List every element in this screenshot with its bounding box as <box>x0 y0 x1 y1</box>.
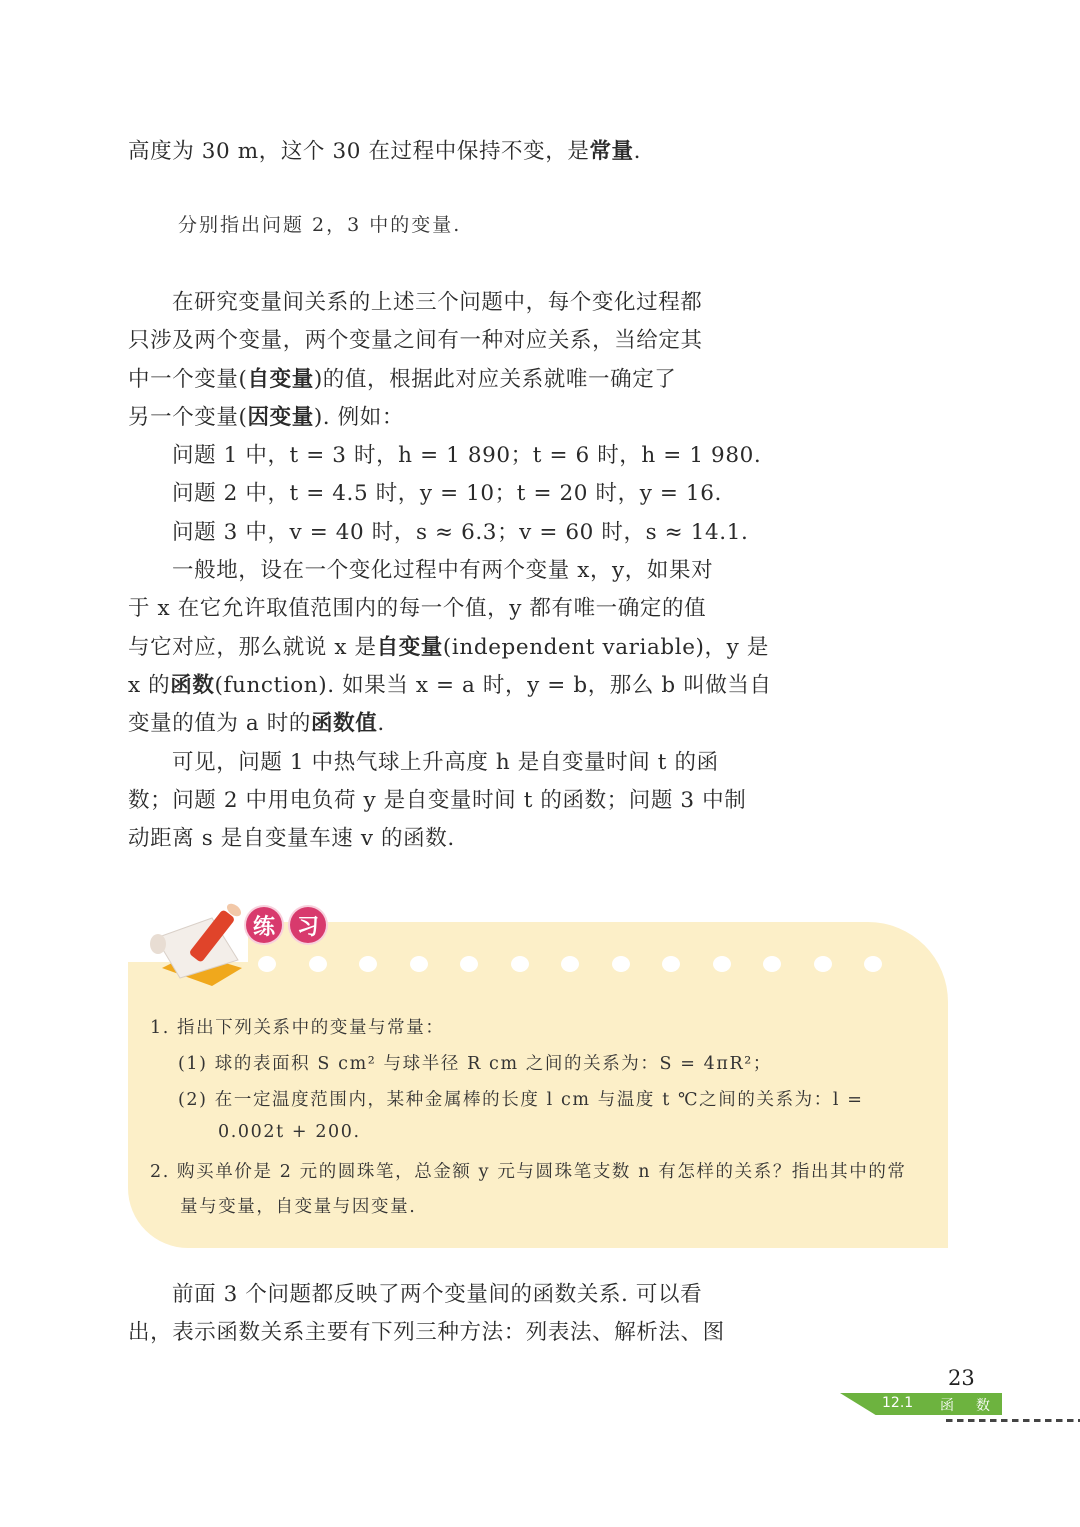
text: x 的 <box>128 673 170 698</box>
para1-line4: 另一个变量(因变量). 例如： <box>128 399 728 437</box>
closing-line2: 出，表示函数关系主要有下列三种方法：列表法、解析法、图 <box>128 1314 728 1352</box>
section-number: 12.1 <box>882 1395 913 1411</box>
closing-line1: 前面 3 个问题都反映了两个变量间的函数关系. 可以看 <box>128 1276 728 1314</box>
dot <box>713 956 731 972</box>
text: )的值，根据此对应关系就唯一确定了 <box>314 367 677 392</box>
section-title-2: 数 <box>976 1395 990 1415</box>
text: 另一个变量( <box>128 405 248 430</box>
text: ). 例如： <box>314 405 404 430</box>
dot <box>359 956 377 972</box>
practice-badge-2: 习 <box>290 907 326 943</box>
footer-dashed-line <box>946 1419 1080 1422</box>
term-function: 函数 <box>170 673 214 698</box>
dot <box>258 956 276 972</box>
exercise-1: 1. 指出下列关系中的变量与常量： <box>150 1014 444 1039</box>
conclusion-line1: 可见，问题 1 中热气球上升高度 h 是自变量时间 t 的函 <box>128 744 728 782</box>
text: . <box>634 139 641 164</box>
dot <box>864 956 882 972</box>
dot <box>561 956 579 972</box>
para1-line2: 只涉及两个变量，两个变量之间有一种对应关系，当给定其 <box>128 322 728 360</box>
example-3: 问题 3 中，v = 40 时，s ≈ 6.3；v = 60 时，s ≈ 14.… <box>128 514 728 552</box>
practice-title: 练 习 <box>246 907 326 943</box>
text: (function). 如果当 x = a 时，y = b，那么 b 叫做当自 <box>214 673 771 698</box>
text: . <box>377 711 384 736</box>
dot <box>612 956 630 972</box>
conclusion-line2: 数；问题 2 中用电负荷 y 是自变量时间 t 的函数；问题 3 中制 <box>128 782 728 820</box>
exercise-1-2-cont: 0.002t + 200. <box>218 1122 361 1142</box>
definition-line5: 变量的值为 a 时的函数值. <box>128 705 728 743</box>
dot <box>309 956 327 972</box>
text: 中一个变量( <box>128 367 248 392</box>
para1-line3: 中一个变量(自变量)的值，根据此对应关系就唯一确定了 <box>128 361 728 399</box>
think-prompt: 分别指出问题 2，3 中的变量. <box>178 210 461 237</box>
term-constant: 常量 <box>589 139 633 164</box>
exercise-1-1: (1) 球的表面积 S cm² 与球半径 R cm 之间的关系为：S = 4πR… <box>178 1050 772 1075</box>
closing-paragraph: 前面 3 个问题都反映了两个变量间的函数关系. 可以看 出，表示函数关系主要有下… <box>128 1276 728 1353</box>
definition-line2: 于 x 在它允许取值范围内的每一个值，y 都有唯一确定的值 <box>128 590 728 628</box>
page-number: 23 <box>948 1366 975 1390</box>
example-1: 问题 1 中，t = 3 时，h = 1 890；t = 6 时，h = 1 9… <box>128 437 728 475</box>
definition-line3: 与它对应，那么就说 x 是自变量(independent variable)，y… <box>128 629 728 667</box>
section-tab: 12.1 函 数 <box>840 1393 1002 1415</box>
term-function-value: 函数值 <box>311 711 377 736</box>
text: 变量的值为 a 时的 <box>128 711 311 736</box>
definition-line4: x 的函数(function). 如果当 x = a 时，y = b，那么 b … <box>128 667 728 705</box>
definition-line1: 一般地，设在一个变化过程中有两个变量 x，y，如果对 <box>128 552 728 590</box>
dot <box>460 956 478 972</box>
exercise-2: 2. 购买单价是 2 元的圆珠笔，总金额 y 元与圆珠笔支数 n 有怎样的关系？… <box>150 1158 907 1183</box>
text: (independent variable)，y 是 <box>443 635 769 660</box>
example-2: 问题 2 中，t = 4.5 时，y = 10；t = 20 时，y = 16. <box>128 475 728 513</box>
conclusion-line3: 动距离 s 是自变量车速 v 的函数. <box>128 820 728 858</box>
text: 高度为 30 m，这个 30 在过程中保持不变，是 <box>128 139 589 164</box>
main-body: 在研究变量间关系的上述三个问题中，每个变化过程都 只涉及两个变量，两个变量之间有… <box>128 284 728 858</box>
term-independent-variable: 自变量 <box>377 635 443 660</box>
exercise-2-cont: 量与变量，自变量与因变量. <box>180 1193 416 1218</box>
dot <box>662 956 680 972</box>
exercise-1-2: (2) 在一定温度范围内，某种金属棒的长度 l cm 与温度 t ℃之间的关系为… <box>178 1086 864 1111</box>
decorative-dots <box>258 956 882 972</box>
top-paragraph: 高度为 30 m，这个 30 在过程中保持不变，是常量. <box>128 133 728 171</box>
pencil-paper-icon <box>142 898 252 993</box>
dot <box>763 956 781 972</box>
term-independent: 自变量 <box>248 367 314 392</box>
dot <box>511 956 529 972</box>
dot <box>814 956 832 972</box>
term-dependent: 因变量 <box>248 405 314 430</box>
text: 与它对应，那么就说 x 是 <box>128 635 377 660</box>
section-title-1: 函 <box>940 1395 954 1415</box>
practice-badge-1: 练 <box>246 907 282 943</box>
para1-line1: 在研究变量间关系的上述三个问题中，每个变化过程都 <box>128 284 728 322</box>
dot <box>410 956 428 972</box>
